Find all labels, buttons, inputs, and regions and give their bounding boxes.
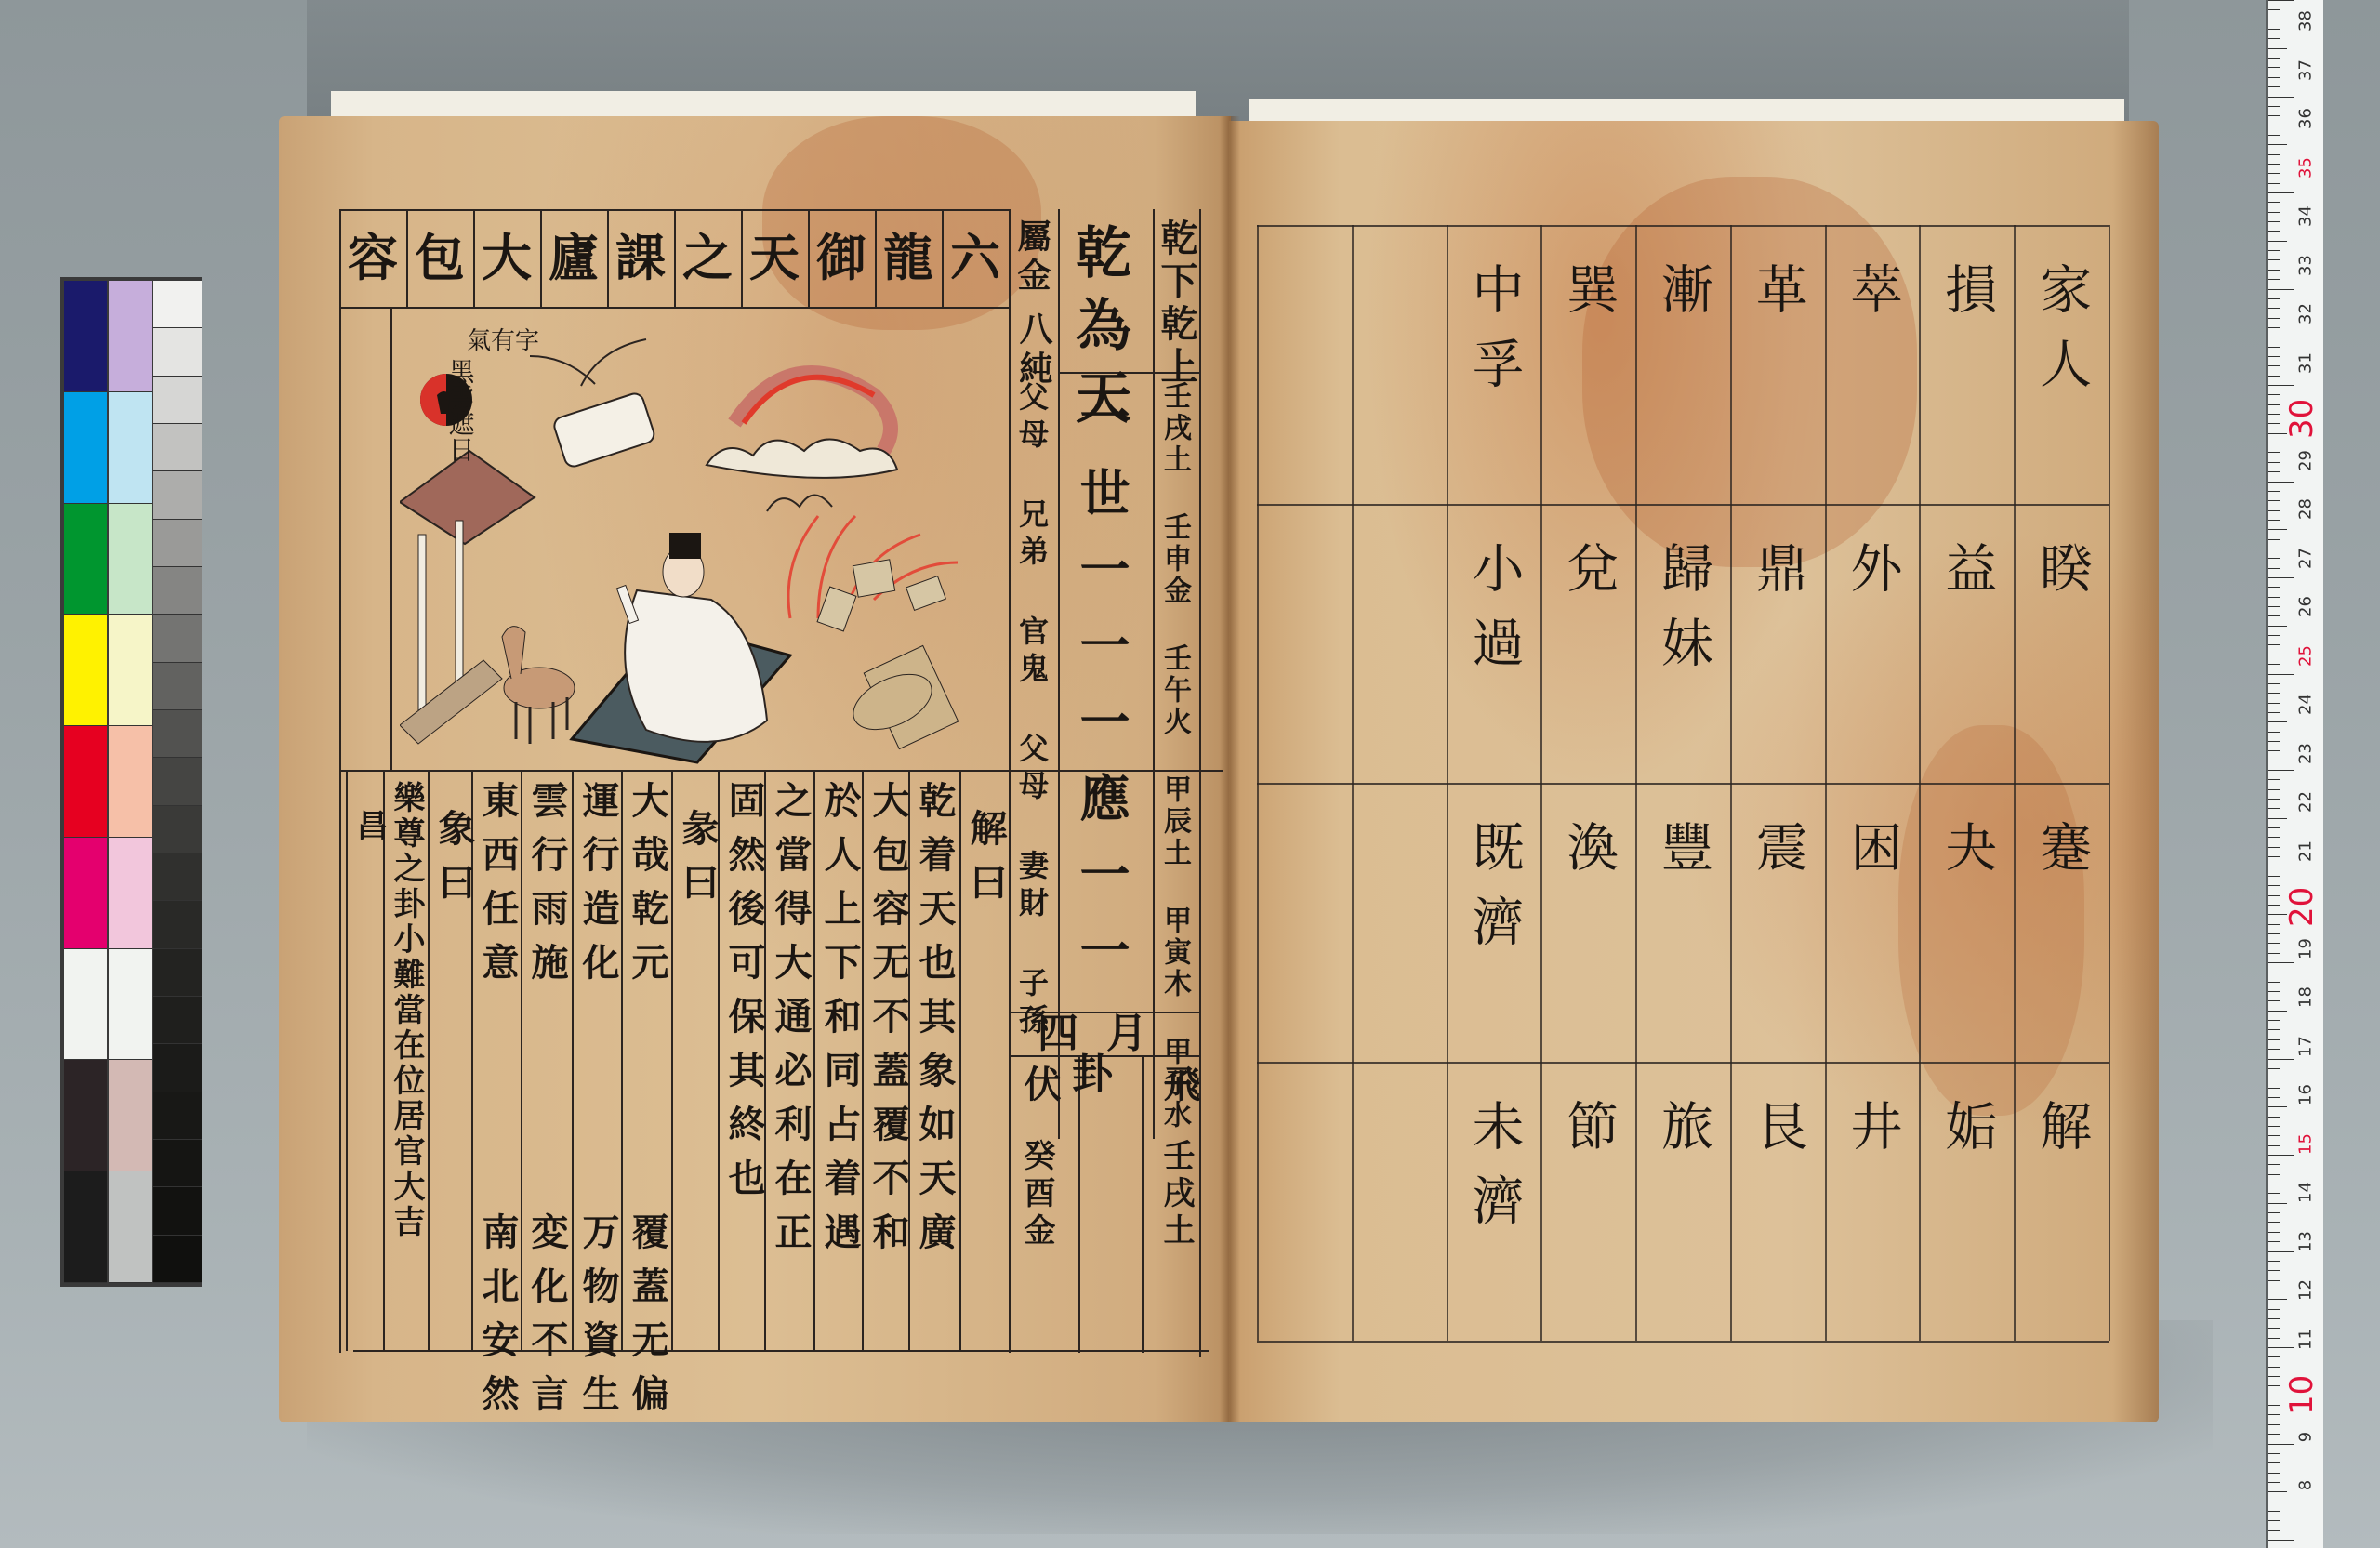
- rule: [607, 209, 609, 307]
- rule: [406, 209, 408, 307]
- hexagram-name-cell: 巽: [1562, 262, 1614, 337]
- ruler-tick: [2268, 1347, 2294, 1348]
- ruler-tick: [2268, 991, 2280, 992]
- ruler-tick: [2268, 635, 2280, 636]
- ruler-tick: [2268, 20, 2280, 20]
- ruler-tick: [2268, 587, 2280, 588]
- ruler-tick: [2268, 1356, 2280, 1357]
- water-stain: [762, 116, 1041, 330]
- gray-swatch: [153, 1140, 202, 1187]
- ruler-tick: [2268, 0, 2294, 1]
- ruler-tick: [2268, 337, 2287, 337]
- hexagram-name-cell: 渙: [1562, 820, 1614, 894]
- ruler-tick: [2268, 212, 2280, 213]
- gray-swatch: [153, 758, 202, 805]
- ruler-label: 16: [2296, 1077, 2316, 1114]
- ruler-tick: [2268, 1155, 2294, 1156]
- hexagram-name-cell: 豐: [1657, 820, 1709, 894]
- commentary-column: 大包容无不蓋覆不和: [869, 781, 906, 1266]
- gray-swatch: [153, 710, 202, 758]
- ruler-tick: [2268, 135, 2280, 136]
- ruler-label: 15: [2296, 1125, 2316, 1162]
- ruler-tick: [2268, 953, 2280, 954]
- gray-swatch: [153, 949, 202, 997]
- ruler-tick: [2268, 818, 2287, 819]
- gray-swatch: [153, 471, 202, 519]
- ruler-tick: [2268, 144, 2287, 145]
- color-swatch: [64, 726, 107, 838]
- ruler-tick: [2268, 48, 2287, 49]
- rule: [959, 770, 961, 1351]
- rule: [521, 770, 522, 1351]
- rule: [1257, 783, 2109, 785]
- dragon-in-clouds-icon: [707, 373, 897, 511]
- commentary-column: 昌: [353, 809, 385, 844]
- ruler-tick: [2268, 1270, 2280, 1271]
- ruler-tick: [2268, 29, 2280, 30]
- hidden-label: 伏: [1021, 1065, 1058, 1107]
- ruler-tick: [2268, 1376, 2280, 1377]
- gray-swatch: [153, 901, 202, 948]
- burning-tablets-icon: [788, 516, 958, 631]
- ruler-tick: [2268, 1020, 2280, 1021]
- hexagram-name-cell: 既濟: [1467, 820, 1519, 969]
- ruler-tick: [2268, 1502, 2280, 1502]
- title-character: 天: [741, 232, 808, 283]
- rule: [1257, 1341, 2109, 1343]
- hexagram-name-cell: 夬: [1940, 820, 1992, 894]
- ruler-tick: [2268, 1011, 2287, 1012]
- color-swatch: [109, 949, 152, 1061]
- ruler-label: 23: [2296, 734, 2316, 772]
- ruler-label: 27: [2296, 539, 2316, 576]
- ruler-tick: [2268, 67, 2280, 68]
- ruler-tick: [2268, 365, 2280, 366]
- ruler-tick: [2268, 924, 2280, 925]
- ruler-tick: [2268, 1338, 2280, 1339]
- ruler-tick: [2268, 1309, 2280, 1310]
- ruler-tick: [2268, 644, 2280, 645]
- ruler-tick: [2268, 491, 2280, 492]
- gray-swatch: [153, 377, 202, 424]
- hexagram-name-cell: 益: [1940, 541, 1992, 615]
- ruler-tick: [2268, 347, 2280, 348]
- ruler-tick: [2268, 414, 2280, 415]
- hexagram-name-cell: 歸妹: [1657, 541, 1709, 690]
- ruler-tick: [2268, 126, 2280, 126]
- ruler-label: 20: [2283, 890, 2320, 927]
- ruler-tick: [2268, 1511, 2280, 1512]
- color-swatch: [64, 504, 107, 615]
- gray-swatch: [153, 328, 202, 376]
- ruler-label: 11: [2296, 1320, 2316, 1357]
- ruler-label: 30: [2283, 402, 2320, 439]
- ruler-tick: [2268, 520, 2280, 521]
- ruler-tick: [2268, 1232, 2280, 1233]
- ruler-tick: [2268, 1261, 2280, 1262]
- ruler-tick: [2268, 1203, 2287, 1204]
- ruler-tick: [2268, 712, 2280, 713]
- gray-swatch: [153, 1236, 202, 1283]
- ruler-label: 21: [2296, 832, 2316, 869]
- hexagram-name-cell: 萃: [1846, 262, 1898, 337]
- hexagram-name-cell: 未濟: [1467, 1099, 1519, 1248]
- commentary-column: 解曰: [967, 809, 1004, 917]
- hexagram-name-cell: 漸: [1657, 262, 1709, 337]
- ruler-tick: [2268, 905, 2280, 906]
- ruler-tick: [2268, 1193, 2280, 1194]
- gray-swatch: [153, 615, 202, 662]
- ruler-tick: [2268, 1280, 2280, 1281]
- fly-label: 飛: [1160, 1065, 1197, 1107]
- ruler-tick: [2268, 674, 2294, 675]
- ruler-tick: [2268, 568, 2280, 569]
- ruler-tick: [2268, 1117, 2280, 1118]
- ruler-label: 10: [2283, 1378, 2320, 1415]
- fly-value: 壬戌土: [1160, 1139, 1192, 1250]
- basket-icon: [845, 645, 959, 748]
- ruler-tick: [2268, 982, 2280, 983]
- rule: [1199, 209, 1201, 1357]
- ruler-tick: [2268, 38, 2280, 39]
- commentary-column: 東西任意 南北安然: [479, 781, 516, 1428]
- rule: [621, 770, 623, 1351]
- gray-swatch: [153, 853, 202, 901]
- gray-swatch: [153, 424, 202, 471]
- ruler-tick: [2268, 1106, 2287, 1107]
- title-character: 御: [808, 232, 875, 283]
- commentary-column: 固然後可保其終也: [725, 781, 762, 1212]
- ruler-tick: [2268, 750, 2280, 751]
- title-character: 廬: [540, 232, 607, 283]
- ruler-label: 26: [2296, 589, 2316, 626]
- rule: [339, 307, 1009, 309]
- ruler-tick: [2268, 1414, 2280, 1415]
- ruler-label: 29: [2296, 442, 2316, 479]
- ruler-tick: [2268, 1462, 2280, 1463]
- ruler-label: 36: [2296, 100, 2316, 138]
- title-character: 六: [942, 232, 1009, 283]
- ruler-label: 9: [2296, 1418, 2316, 1455]
- ruler-tick: [2268, 202, 2280, 203]
- color-swatch: [109, 281, 152, 392]
- ruler-tick: [2268, 404, 2280, 405]
- hexagram-name-cell: 姤: [1940, 1099, 1992, 1173]
- hexagram-name-cell: 困: [1846, 820, 1898, 894]
- measuring-ruler: 3837363534333231302928272625242322212019…: [2266, 0, 2323, 1548]
- ruler-tick: [2268, 577, 2294, 578]
- ruler-tick: [2268, 1405, 2280, 1406]
- title-character: 之: [674, 232, 741, 283]
- ruler-label: 24: [2296, 686, 2316, 723]
- ruler-tick: [2268, 1251, 2294, 1252]
- ruler-tick: [2268, 789, 2280, 790]
- ruler-tick: [2268, 1290, 2280, 1290]
- ruler-tick: [2268, 615, 2280, 616]
- ruler-tick: [2268, 250, 2280, 251]
- ruler-tick: [2268, 895, 2280, 896]
- ruler-tick: [2268, 664, 2280, 665]
- hexagram-name-cell: 鼎: [1752, 541, 1804, 615]
- commentary-column: 樂尊之卦小難當在位居官大吉: [390, 781, 422, 1240]
- ruler-tick: [2268, 808, 2280, 809]
- ruler-tick: [2268, 1453, 2280, 1454]
- ruler-tick: [2268, 327, 2280, 328]
- gray-swatch: [153, 1044, 202, 1092]
- ruler-tick: [2268, 558, 2280, 559]
- color-swatch: [109, 1171, 152, 1283]
- ruler-tick: [2268, 154, 2280, 155]
- ruler-tick: [2268, 1068, 2280, 1069]
- ruler-tick: [2268, 529, 2287, 530]
- gray-swatch: [153, 997, 202, 1044]
- rule: [383, 770, 385, 1351]
- color-swatch: [64, 615, 107, 726]
- ruler-tick: [2268, 115, 2280, 116]
- ruler-label: 38: [2296, 3, 2316, 40]
- ruler-tick: [2268, 1424, 2280, 1425]
- ruler-tick: [2268, 1473, 2280, 1474]
- ruler-label: 17: [2296, 1027, 2316, 1065]
- ruler-tick: [2268, 298, 2280, 299]
- divination-illustration: 黑雲遮日 字有氣: [400, 311, 1013, 767]
- ruler-tick: [2268, 1126, 2280, 1127]
- ruler-tick: [2268, 279, 2280, 280]
- ruler-tick: [2268, 241, 2287, 242]
- ruler-tick: [2268, 606, 2280, 607]
- commentary-column: 乾着天也其象如天廣: [916, 781, 953, 1266]
- color-swatch: [64, 392, 107, 504]
- ruler-tick: [2268, 259, 2280, 260]
- ruler-tick: [2268, 779, 2280, 780]
- ruler-tick: [2268, 837, 2280, 838]
- rule: [1142, 1055, 1144, 1353]
- color-swatch: [109, 392, 152, 504]
- title-character: 龍: [875, 232, 942, 283]
- hidden-value: 癸酉金: [1021, 1139, 1052, 1250]
- hexagram-name-cell: 解: [2035, 1099, 2087, 1173]
- ruler-tick: [2268, 703, 2280, 704]
- ruler-tick: [2268, 1482, 2280, 1483]
- ruler-tick: [2268, 1184, 2280, 1184]
- ruler-tick: [2268, 173, 2280, 174]
- ruler-tick: [2268, 1385, 2280, 1386]
- ruler-tick: [2268, 1049, 2280, 1050]
- ruler-label: 13: [2296, 1223, 2316, 1260]
- rule: [540, 209, 542, 307]
- ruler-tick: [2268, 721, 2287, 722]
- gray-swatch: [153, 806, 202, 853]
- ruler-label: 33: [2296, 246, 2316, 284]
- title-character: 容: [339, 232, 406, 283]
- ruler-tick: [2268, 549, 2280, 549]
- ruler-tick: [2268, 876, 2280, 877]
- six-relatives: 父母 兄弟 官鬼 父母 妻財 子孫: [1017, 381, 1047, 1041]
- commentary-column: 大哉乾元 覆蓋无偏: [628, 781, 666, 1428]
- title-character: 大: [473, 232, 540, 283]
- hexagram-name-cell: 小過: [1467, 541, 1519, 690]
- ruler-tick: [2268, 1088, 2280, 1089]
- gray-swatch: [153, 520, 202, 567]
- ruler-label: 14: [2296, 1174, 2316, 1211]
- color-swatch: [64, 1060, 107, 1171]
- ruler-tick: [2268, 683, 2280, 684]
- ruler-label: 34: [2296, 198, 2316, 235]
- ruler-tick: [2268, 732, 2280, 733]
- ruler-tick: [2268, 1444, 2294, 1445]
- ruler-label: 37: [2296, 51, 2316, 88]
- color-checker-column-1: [64, 281, 107, 1283]
- hexagram-name-cell: 震: [1752, 820, 1804, 894]
- rule: [390, 307, 392, 772]
- gray-swatch: [153, 281, 202, 328]
- rule: [671, 770, 673, 1351]
- ruler-tick: [2268, 1328, 2280, 1329]
- rule: [875, 209, 877, 307]
- ruler-tick: [2268, 867, 2294, 867]
- rule: [813, 770, 815, 1351]
- ruler-tick: [2268, 962, 2294, 963]
- ruler-tick: [2268, 9, 2280, 10]
- hexagram-name-cell: 兌: [1562, 541, 1614, 615]
- ruler-tick: [2268, 58, 2280, 59]
- ruler-tick: [2268, 943, 2280, 944]
- gray-swatch: [153, 1092, 202, 1140]
- ruler-tick: [2268, 356, 2280, 357]
- ruler-tick: [2268, 1174, 2280, 1175]
- ruler-tick: [2268, 482, 2294, 483]
- ruler-tick: [2268, 443, 2280, 443]
- book-gutter: [1220, 116, 1240, 1422]
- rule: [2109, 225, 2110, 1341]
- ruler-tick: [2268, 1164, 2280, 1165]
- rule: [1257, 225, 2109, 227]
- seated-official-icon: [572, 533, 790, 762]
- ruler-label: 12: [2296, 1272, 2316, 1309]
- ruler-tick: [2268, 655, 2280, 655]
- ruler-tick: [2268, 626, 2287, 627]
- ruler-tick: [2268, 192, 2294, 193]
- ruler-tick: [2268, 799, 2280, 800]
- hexagram-name-cell: 節: [1562, 1099, 1614, 1173]
- ruler-tick: [2268, 106, 2280, 107]
- gray-swatch: [153, 567, 202, 615]
- hexagram-name-cell: 艮: [1752, 1099, 1804, 1173]
- deer-icon: [502, 627, 575, 744]
- hexagram-name-cell: 中孚: [1467, 262, 1519, 411]
- color-swatch: [64, 838, 107, 949]
- ruler-tick: [2268, 972, 2280, 972]
- hexagram-name-cell: 旅: [1657, 1099, 1709, 1173]
- trigram-label: 乾下乾上: [1157, 218, 1195, 390]
- ruler-tick: [2268, 1299, 2287, 1300]
- rule: [808, 209, 810, 307]
- ruler-tick: [2268, 1491, 2287, 1492]
- ruler-tick: [2268, 86, 2280, 87]
- color-swatch: [64, 281, 107, 392]
- ruler-tick: [2268, 1434, 2280, 1435]
- hexagram-name-cell: 革: [1752, 262, 1804, 337]
- ruler-tick: [2268, 289, 2294, 290]
- rule: [339, 209, 341, 1353]
- ruler-label: 22: [2296, 784, 2316, 821]
- color-swatch: [64, 1171, 107, 1283]
- ruler-tick: [2268, 693, 2280, 694]
- rule: [346, 770, 348, 1351]
- ruler-tick: [2268, 308, 2280, 309]
- ruler-label: 8: [2296, 1467, 2316, 1504]
- title-character: 包: [406, 232, 473, 283]
- color-checker: [60, 277, 202, 1287]
- ruler-tick: [2268, 885, 2280, 886]
- hexagram-name-cell: 外: [1846, 541, 1898, 615]
- ruler-tick: [2268, 471, 2280, 472]
- ruler-tick: [2268, 1520, 2280, 1521]
- ruler-tick: [2268, 423, 2280, 424]
- color-swatch: [109, 726, 152, 838]
- ruler-label: 25: [2296, 637, 2316, 674]
- color-swatch: [109, 615, 152, 726]
- ruler-tick: [2268, 1212, 2280, 1213]
- ruler-tick: [2268, 770, 2294, 771]
- hexagram-name-cell: 睽: [2035, 541, 2087, 615]
- hexagram-name-cell: 家人: [2035, 262, 2087, 411]
- commentary-column: 運行造化 万物資生: [579, 781, 616, 1428]
- ruler-label: 19: [2296, 930, 2316, 967]
- ruler-tick: [2268, 221, 2280, 222]
- water-stain: [1582, 177, 1917, 567]
- title-character: 課: [607, 232, 674, 283]
- ruler-tick: [2268, 1540, 2294, 1541]
- rule: [1058, 209, 1060, 1139]
- ruler-tick: [2268, 1039, 2280, 1040]
- commentary-column: 於人上下和同占着遇: [821, 781, 858, 1266]
- ruler-tick: [2268, 462, 2280, 463]
- commentary-column: 象曰: [435, 809, 472, 917]
- gray-swatch: [153, 1187, 202, 1235]
- rule: [741, 209, 743, 307]
- ruler-tick: [2268, 827, 2280, 828]
- ruler-tick: [2268, 1530, 2280, 1531]
- ruler-tick: [2268, 97, 2294, 98]
- ruler-tick: [2268, 1222, 2280, 1223]
- ruler-tick: [2268, 847, 2280, 848]
- ruler-label: 28: [2296, 491, 2316, 528]
- color-swatch: [109, 1060, 152, 1171]
- ruler-tick: [2268, 1318, 2280, 1319]
- ruler-tick: [2268, 394, 2280, 395]
- ruler-tick: [2268, 385, 2294, 386]
- scroll-icon: [530, 339, 656, 469]
- color-swatch: [109, 838, 152, 949]
- ruler-tick: [2268, 1135, 2280, 1136]
- svg-text:黑雲遮日: 黑雲遮日: [445, 358, 476, 462]
- ruler-tick: [2268, 539, 2280, 540]
- ruler-tick: [2268, 77, 2280, 78]
- svg-text:字有氣: 字有氣: [467, 327, 539, 355]
- ruler-tick: [2268, 856, 2280, 857]
- color-swatch: [64, 949, 107, 1061]
- ruler-tick: [2268, 183, 2280, 184]
- ruler-tick: [2268, 500, 2280, 501]
- pure-label: 八純: [1017, 311, 1051, 390]
- color-checker-grayscale: [153, 281, 202, 1283]
- ruler-tick: [2268, 318, 2280, 319]
- ruler-tick: [2268, 231, 2280, 232]
- rule: [1257, 504, 2109, 506]
- palace-label: 屬金: [1015, 218, 1049, 297]
- ruler-label: 32: [2296, 296, 2316, 333]
